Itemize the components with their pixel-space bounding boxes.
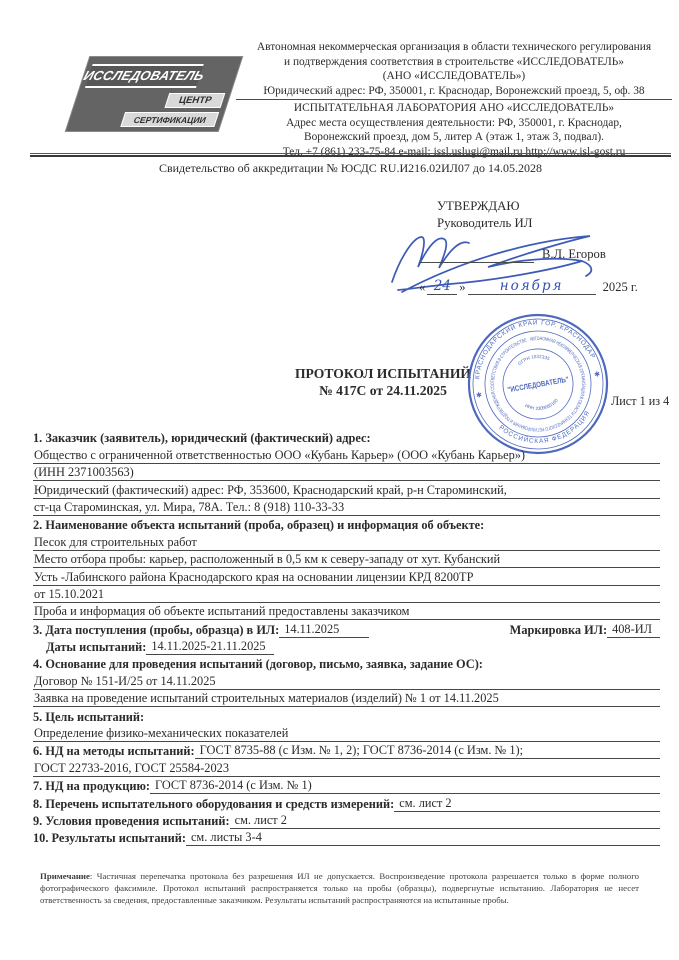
logo-name-band: ИССЛЕДОВАТЕЛЬ — [84, 64, 203, 88]
svg-text:ОГРН 1032335: ОГРН 1032335 — [516, 351, 552, 367]
signature-line — [420, 262, 534, 263]
field-row: 4. Основание для проведения испытаний (д… — [33, 655, 660, 672]
header-divider — [30, 153, 671, 157]
quote-close: » — [457, 280, 467, 295]
section-heading: 5. Цель испытаний: — [33, 710, 144, 725]
stamp-ogrn-text: ОГРН 1032335 — [516, 351, 552, 367]
org-legal-address: Юридический адрес: РФ, 350001, г. Красно… — [236, 84, 672, 101]
field-value: 14.11.2025 — [279, 622, 369, 638]
field-row: 5. Цель испытаний: — [33, 707, 660, 724]
issledovatel-logo: ИССЛЕДОВАТЕЛЬ ЦЕНТР СЕРТИФИКАЦИИ — [66, 57, 242, 131]
field-row: Определение физико-механических показате… — [33, 725, 660, 742]
field-row: Песок для строительных работ — [33, 533, 660, 550]
field-row: 8. Перечень испытательного оборудования … — [33, 794, 660, 811]
stamp-star-left: ✱ — [475, 391, 482, 400]
field-value: Юридический (фактический) адрес: РФ, 353… — [33, 483, 660, 499]
field-value: Песок для строительных работ — [33, 535, 660, 551]
field-row: Общество с ограниченной ответственностью… — [33, 446, 660, 463]
section-heading: 10. Результаты испытаний: — [33, 831, 186, 846]
field-row: Усть -Лабинского района Краснодарского к… — [33, 568, 660, 585]
stamp-outer-top-text: КРАСНОДАРСКИЙ КРАЙ ГОР. КРАСНОДАР — [465, 308, 596, 381]
section-heading: Даты испытаний: — [46, 640, 146, 655]
field-row: Договор № 151-И/25 от 14.11.2025 — [33, 672, 660, 689]
field-row: (ИНН 2371003563) — [33, 464, 660, 481]
stamp-star-right: ✱ — [594, 370, 601, 379]
field-row: ст-ца Староминская, ул. Мира, 78А. Тел.:… — [33, 499, 660, 516]
field-value: Договор № 151-И/25 от 14.11.2025 — [33, 674, 660, 690]
quote-open: « — [417, 280, 427, 295]
field-row: 3. Дата поступления (пробы, образца) в И… — [33, 620, 660, 637]
field-row: Даты испытаний: 14.11.2025-21.11.2025 — [33, 638, 660, 655]
lab-address-line: Адрес места осуществления деятельности: … — [236, 116, 672, 131]
field-row: Юридический (фактический) адрес: РФ, 353… — [33, 481, 660, 498]
field-value: ГОСТ 22733-2016, ГОСТ 25584-2023 — [33, 761, 660, 777]
field-row: от 15.10.2021 — [33, 586, 660, 603]
field-row: 10. Результаты испытаний: см. листы 3-4 — [33, 829, 660, 846]
section-heading: 6. НД на методы испытаний: — [33, 744, 195, 759]
field-value: Проба и информация об объекте испытаний … — [33, 604, 660, 620]
accreditation-line: Свидетельство об аккредитации № ЮСДС RU.… — [30, 161, 671, 176]
footnote: Примечание: Частичная перепечатка проток… — [40, 871, 639, 906]
section-heading: 4. Основание для проведения испытаний (д… — [33, 657, 483, 672]
section-heading: 8. Перечень испытательного оборудования … — [33, 797, 394, 812]
protocol-page: ИССЛЕДОВАТЕЛЬ ЦЕНТР СЕРТИФИКАЦИИ Автоном… — [0, 0, 679, 960]
field-row: Проба и информация об объекте испытаний … — [33, 603, 660, 620]
field-value: Место отбора пробы: карьер, расположенны… — [33, 552, 660, 568]
field-row: 7. НД на продукцию: ГОСТ 8736-2014 (с Из… — [33, 777, 660, 794]
lab-name: ИСПЫТАТЕЛЬНАЯ ЛАБОРАТОРИЯ АНО «ИССЛЕДОВА… — [236, 101, 672, 116]
field-value: Общество с ограниченной ответственностью… — [33, 448, 660, 464]
field-row: 2. Наименование объекта испытаний (проба… — [33, 516, 660, 533]
header-org-block: Автономная некоммерческая организация в … — [236, 40, 672, 159]
approval-date-year: 2025 г. — [596, 280, 638, 295]
field-value: ГОСТ 8735-88 (с Изм. № 1, 2); ГОСТ 8736-… — [195, 743, 660, 759]
field-row: 1. Заказчик (заявитель), юридический (фа… — [33, 429, 660, 446]
org-line: Автономная некоммерческая организация в … — [236, 40, 672, 55]
signer-name: В.Л. Егоров — [542, 247, 606, 262]
logo-cert-band: СЕРТИФИКАЦИИ — [120, 112, 219, 128]
field-value: 408-ИЛ — [607, 622, 660, 638]
section-heading: 3. Дата поступления (пробы, образца) в И… — [33, 623, 279, 638]
svg-text:ИНН 2309085160: ИНН 2309085160 — [523, 397, 560, 414]
field-row: 6. НД на методы испытаний: ГОСТ 8735-88 … — [33, 742, 660, 759]
stamp-inn-text: ИНН 2309085160 — [523, 397, 560, 414]
approval-date: « 24 » ноября 2025 г. — [417, 278, 638, 295]
footnote-text: : Частичная перепечатка протокола без ра… — [40, 871, 639, 905]
section-heading: 7. НД на продукцию: — [33, 779, 150, 794]
lab-address-line: Воронежский проезд, дом 5, литер А (этаж… — [236, 130, 672, 145]
section-heading: 9. Условия проведения испытаний: — [33, 814, 230, 829]
logo-center-band: ЦЕНТР — [165, 93, 226, 109]
approval-date-month: ноября — [468, 278, 596, 295]
field-value: Заявка на проведение испытаний строитель… — [33, 691, 660, 707]
footnote-label: Примечание — [40, 871, 90, 881]
field-row: 9. Условия проведения испытаний: см. лис… — [33, 812, 660, 829]
approve-label: УТВЕРЖДАЮ — [437, 199, 520, 214]
field-value: Усть -Лабинского района Краснодарского к… — [33, 570, 660, 586]
field-value: см. листы 3-4 — [186, 830, 660, 846]
field-value: 14.11.2025-21.11.2025 — [146, 639, 273, 655]
field-row: Заявка на проведение испытаний строитель… — [33, 690, 660, 707]
org-line: (АНО «ИССЛЕДОВАТЕЛЬ») — [236, 69, 672, 84]
field-value: (ИНН 2371003563) — [33, 465, 660, 481]
section-heading: Маркировка ИЛ: — [510, 623, 607, 638]
field-row: ГОСТ 22733-2016, ГОСТ 25584-2023 — [33, 759, 660, 776]
field-value: см. лист 2 — [394, 796, 660, 812]
field-row: Место отбора пробы: карьер, расположенны… — [33, 551, 660, 568]
svg-text:КРАСНОДАРСКИЙ КРАЙ ГОР. КРАСНО: КРАСНОДАРСКИЙ КРАЙ ГОР. КРАСНОДАР — [465, 308, 596, 381]
field-value: от 15.10.2021 — [33, 587, 660, 603]
org-line: и подтверждения соответствия в строитель… — [236, 55, 672, 70]
approval-date-day: 24 — [427, 278, 457, 295]
section-heading: 1. Заказчик (заявитель), юридический (фа… — [33, 431, 371, 446]
field-value: Определение физико-механических показате… — [33, 726, 660, 742]
sheet-number: Лист 1 из 4 — [611, 394, 669, 409]
field-value: ГОСТ 8736-2014 (с Изм. № 1) — [150, 778, 660, 794]
stamp-center-text: "ИССЛЕДОВАТЕЛЬ" — [507, 375, 570, 395]
protocol-fields: 1. Заказчик (заявитель), юридический (фа… — [33, 429, 660, 846]
field-value: ст-ца Староминская, ул. Мира, 78А. Тел.:… — [33, 500, 660, 516]
field-value: см. лист 2 — [230, 813, 660, 829]
section-heading: 2. Наименование объекта испытаний (проба… — [33, 518, 484, 533]
